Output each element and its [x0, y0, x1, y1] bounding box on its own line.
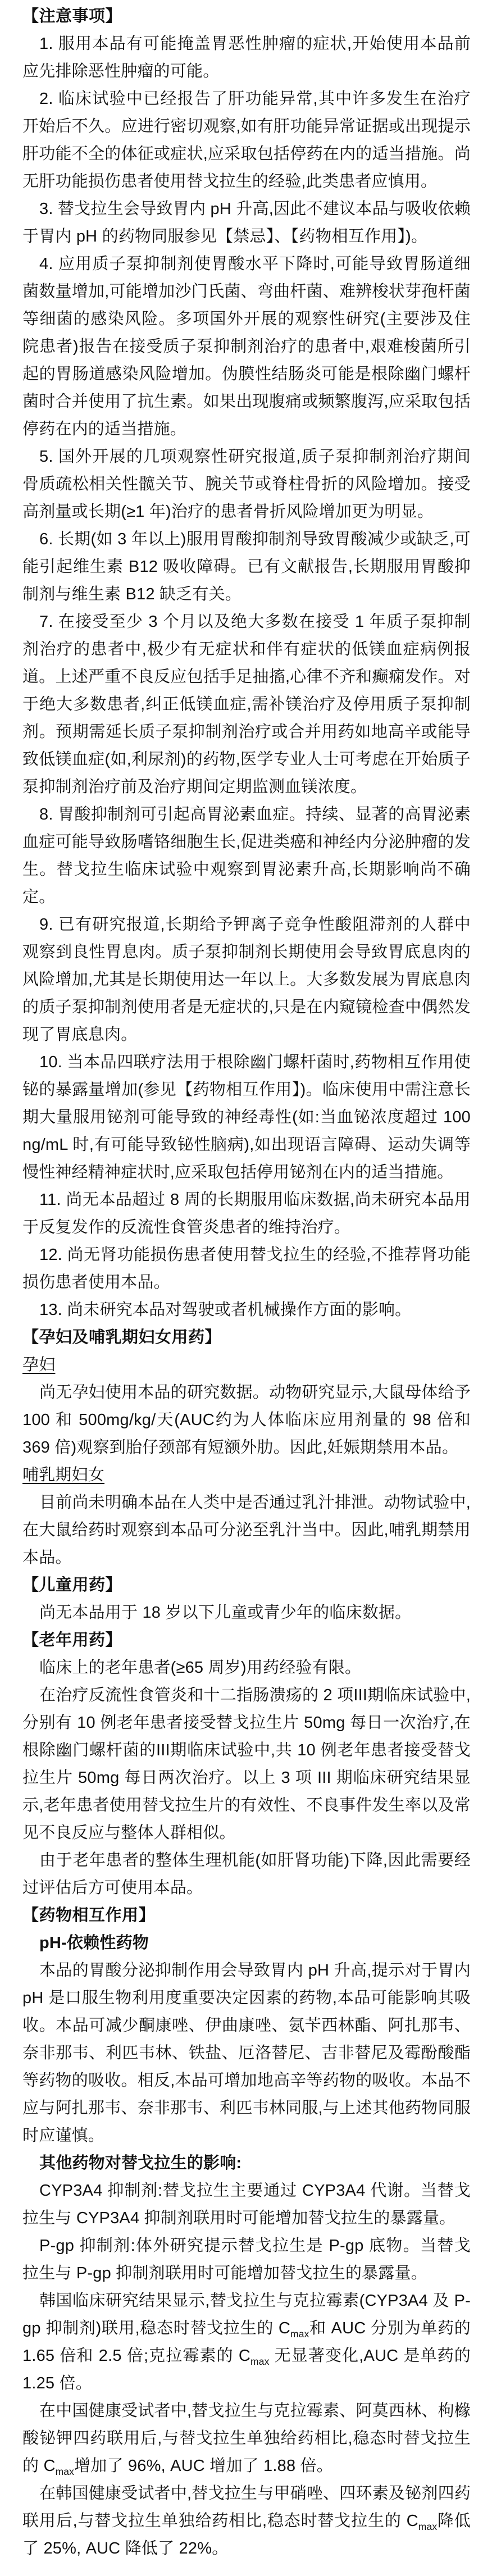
para-ph-dependent-drugs: 本品的胃酸分泌抑制作用会导致胃内 pH 升高,提示对于胃内 pH 是口服生物利用…	[22, 1957, 471, 2150]
precaution-item-3: 3. 替戈拉生会导致胃内 pH 升高,因此不建议本品与吸收依赖于胃内 pH 的药…	[22, 195, 471, 251]
section-heading-precautions: 【注意事项】	[22, 3, 471, 30]
para-pediatric-use: 尚无本品用于 18 岁以下儿童或青少年的临床数据。	[22, 1599, 471, 1627]
para-geriatric-1: 临床上的老年患者(≥65 周岁)用药经验有限。	[22, 1654, 471, 1682]
precaution-item-6: 6. 长期(如 3 年以上)服用胃酸抑制剂导致胃酸减少或缺乏,可能引起维生素 B…	[22, 526, 471, 608]
subhead-pregnant-women: 孕妇	[22, 1351, 471, 1379]
para-china-quadruple-study: 在中国健康受试者中,替戈拉生与克拉霉素、阿莫西林、枸橼酸铋钾四药联用后,与替戈拉…	[22, 2397, 471, 2480]
para-korea-clarithromycin-study: 韩国临床研究结果显示,替戈拉生与克拉霉素(CYP3A4 及 P-gp 抑制剂)联…	[22, 2287, 471, 2397]
precaution-item-4: 4. 应用质子泵抑制剂使胃酸水平下降时,可能导致胃肠道细菌数量增加,可能增加沙门…	[22, 251, 471, 443]
precaution-item-7: 7. 在接受至少 3 个月以及绝大多数在接受 1 年质子泵抑制剂治疗的患者中,极…	[22, 608, 471, 801]
subhead-lactating-women: 哺乳期妇女	[22, 1462, 471, 1489]
subhead-ph-dependent-drugs: pH-依赖性药物	[22, 1929, 471, 1957]
precaution-item-1: 1. 服用本品有可能掩盖胃恶性肿瘤的症状,开始使用本品前应先排除恶性肿瘤的可能。	[22, 30, 471, 85]
para-korea-quadruple-study: 在韩国健康受试者中,替戈拉生与甲硝唑、四环素及铋剂四药联用后,与替戈拉生单独给药…	[22, 2480, 471, 2563]
section-heading-geriatric-use: 【老年用药】	[22, 1627, 471, 1654]
precaution-item-8: 8. 胃酸抑制剂可引起高胃泌素血症。持续、显著的高胃泌素血症可能导致肠嗜铬细胞生…	[22, 801, 471, 911]
section-heading-drug-interactions: 【药物相互作用】	[22, 1902, 471, 1929]
precaution-item-2: 2. 临床试验中已经报告了肝功能异常,其中许多发生在治疗开始后不久。应进行密切观…	[22, 85, 471, 195]
drug-leaflet-document: 【注意事项】1. 服用本品有可能掩盖胃恶性肿瘤的症状,开始使用本品前应先排除恶性…	[0, 0, 492, 2576]
precaution-item-11: 11. 尚无本品超过 8 周的长期服用临床数据,尚未研究本品用于反复发作的反流性…	[22, 1186, 471, 1241]
precaution-item-9: 9. 已有研究报道,长期给予钾离子竞争性酸阻滞剂的人群中观察到良性胃息肉。质子泵…	[22, 911, 471, 1049]
para-cyp3a4-inhibitors: CYP3A4 抑制剂:替戈拉生主要通过 CYP3A4 代谢。当替戈拉生与 CYP…	[22, 2177, 471, 2232]
precaution-item-5: 5. 国外开展的几项观察性研究报道,质子泵抑制剂治疗期间骨质疏松相关性髋关节、腕…	[22, 443, 471, 526]
para-geriatric-2: 在治疗反流性食管炎和十二指肠溃疡的 2 项III期临床试验中,分别有 10 例老…	[22, 1682, 471, 1847]
para-geriatric-3: 由于老年患者的整体生理机能(如肝肾功能)下降,因此需要经过评估后方可使用本品。	[22, 1847, 471, 1902]
precaution-item-12: 12. 尚无肾功能损伤患者使用替戈拉生的经验,不推荐肾功能损伤患者使用本品。	[22, 1241, 471, 1296]
precaution-item-13: 13. 尚未研究本品对驾驶或者机械操作方面的影响。	[22, 1296, 471, 1324]
para-pgp-inhibitors: P-gp 抑制剂:体外研究提示替戈拉生是 P-gp 底物。当替戈拉生与 P-gp…	[22, 2232, 471, 2287]
subhead-other-drugs-effect: 其他药物对替戈拉生的影响:	[22, 2150, 471, 2177]
precaution-item-10: 10. 当本品四联疗法用于根除幽门螺杆菌时,药物相互作用使铋的暴露量增加(参见【…	[22, 1049, 471, 1186]
para-pregnant-women: 尚无孕妇使用本品的研究数据。动物研究显示,大鼠母体给予 100 和 500mg/…	[22, 1379, 471, 1462]
para-lactating-women: 目前尚未明确本品在人类中是否通过乳汁排泄。动物试验中,在大鼠给药时观察到本品可分…	[22, 1489, 471, 1572]
section-heading-pediatric-use: 【儿童用药】	[22, 1572, 471, 1599]
section-heading-pregnancy-lactation: 【孕妇及哺乳期妇女用药】	[22, 1324, 471, 1351]
